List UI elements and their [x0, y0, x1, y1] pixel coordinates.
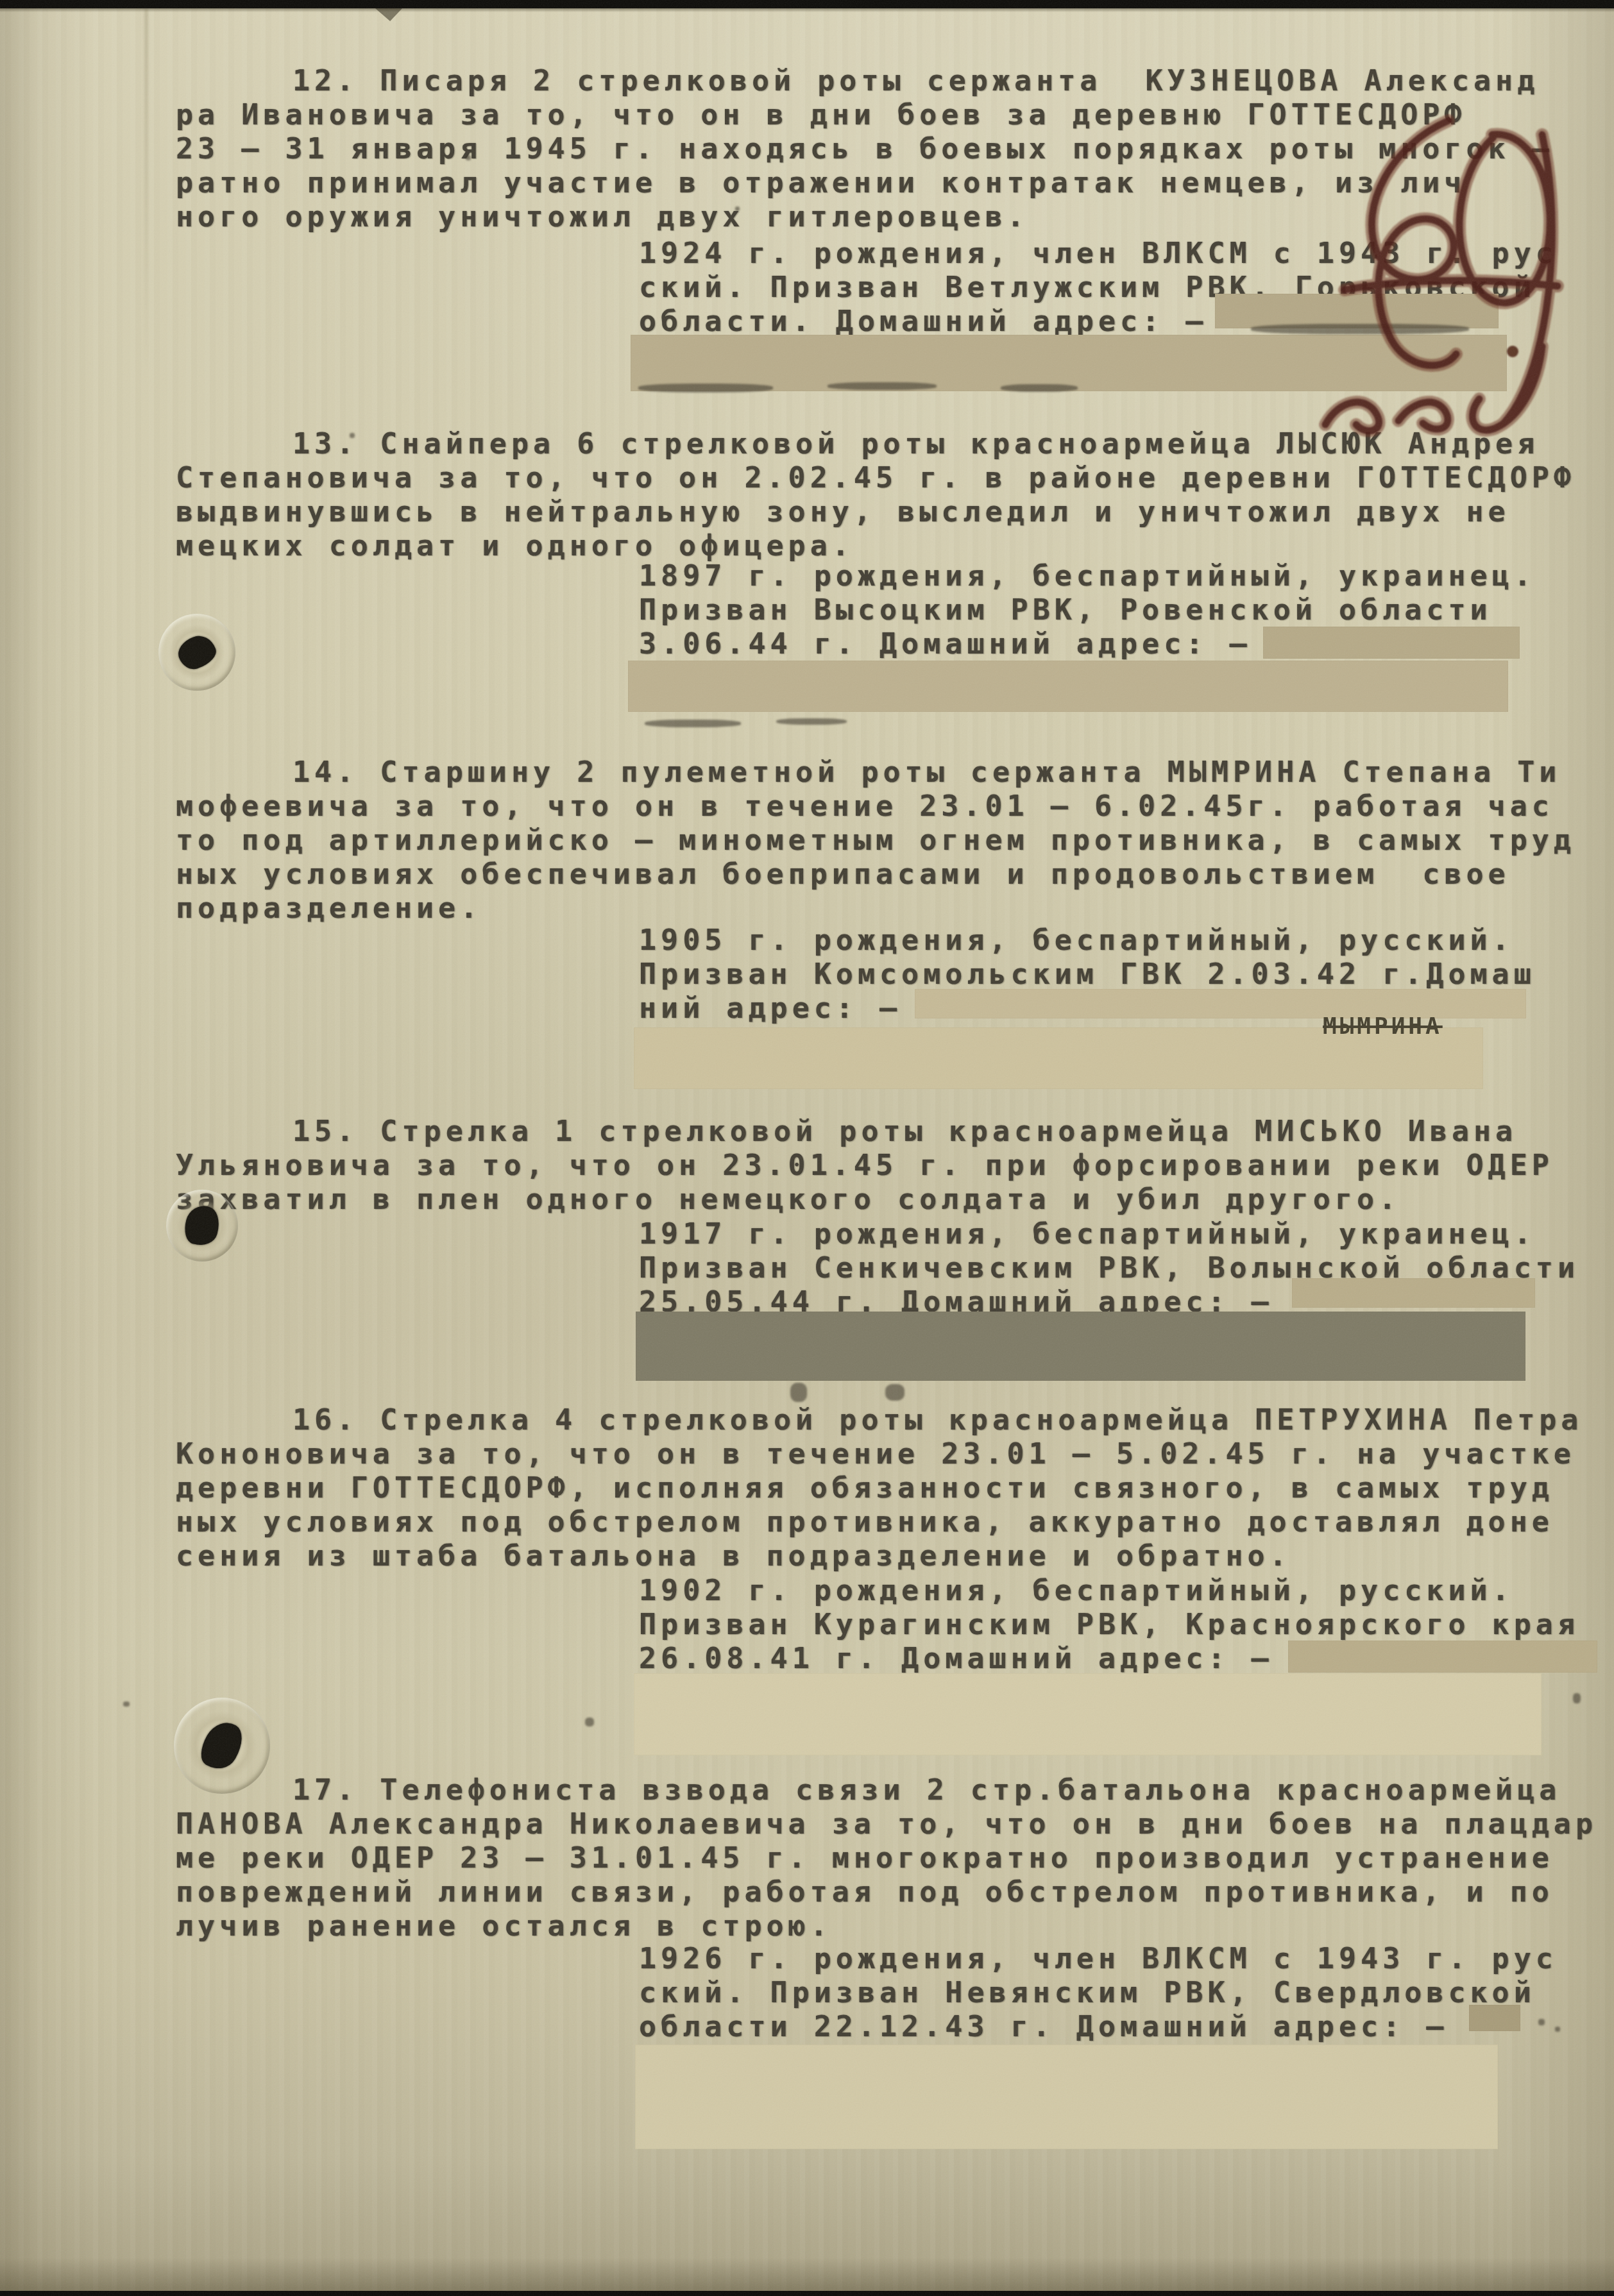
punch-hole [166, 1190, 238, 1262]
punch-hole-layer [0, 0, 1614, 2296]
punch-hole [174, 1698, 270, 1794]
punch-hole-opening [194, 1716, 250, 1776]
punch-hole-opening [181, 1202, 223, 1249]
punch-hole [158, 614, 235, 691]
punch-hole-opening [174, 632, 220, 673]
scanned-document-page: 12. Писаря 2 стрелковой роты сержанта КУ… [0, 0, 1614, 2296]
